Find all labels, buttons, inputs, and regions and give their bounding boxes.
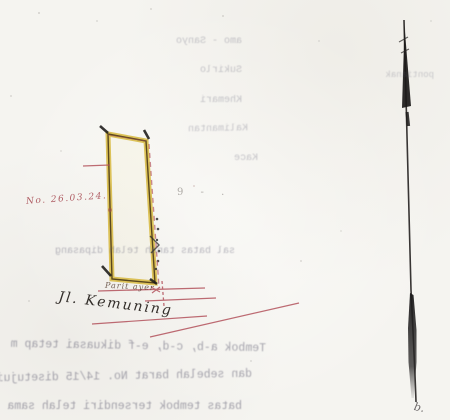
dimension-note: 9 - . — [177, 187, 231, 198]
bleed-text-line: sal batas tanah telah dipasang — [55, 246, 235, 257]
parcel-outline — [100, 126, 160, 284]
sketch-linework — [0, 0, 450, 420]
bleed-text-line: pontianak — [372, 70, 434, 80]
scanned-survey-sketch: No. 26.03.24. 9 - . Parit ayer Jl. Kemun… — [0, 0, 450, 420]
bleed-text-line: Khemari — [180, 95, 242, 106]
red-edge-dot — [108, 208, 112, 212]
bleed-text-line: Kalimantan — [164, 123, 248, 135]
bleed-text-line: amo - Sanyo — [150, 36, 242, 47]
bleed-text-line: Sukirlo — [190, 65, 242, 76]
bleed-text-line: batas tembok tersendiri telah sama — [0, 400, 242, 413]
bleed-text-line: Kace — [222, 153, 258, 164]
